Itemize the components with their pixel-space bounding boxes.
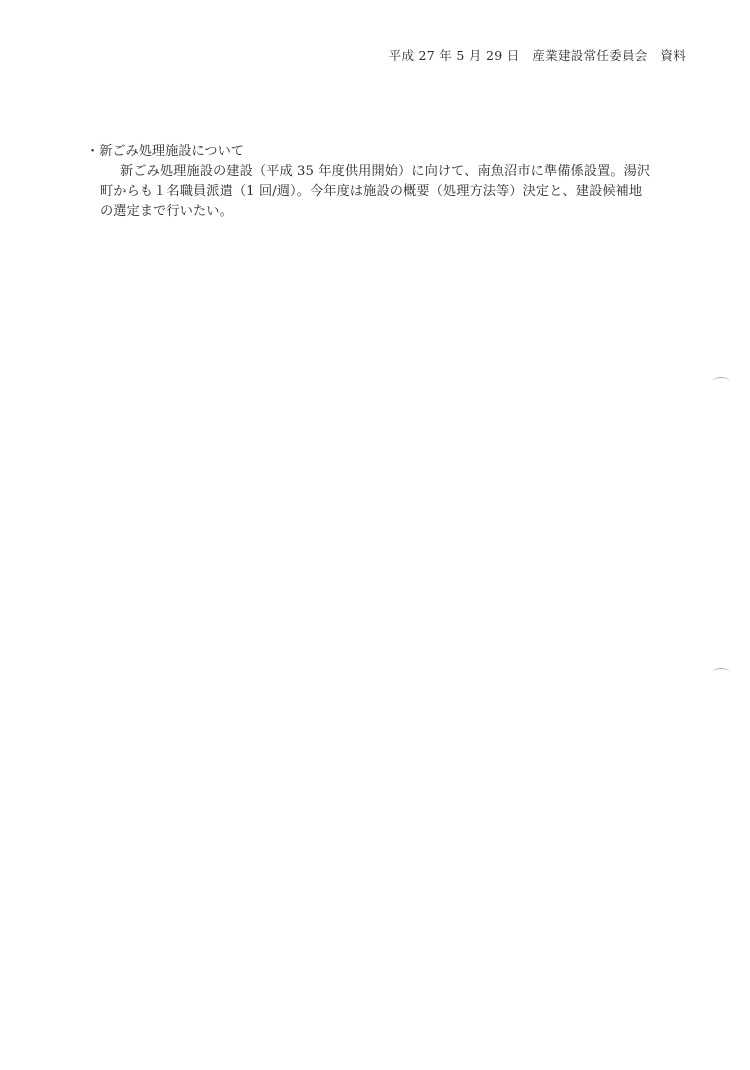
header-committee: 産業建設常任委員会 — [532, 48, 647, 63]
bullet-icon: ・ — [86, 144, 99, 159]
section-heading: ・新ごみ処理施設について — [86, 142, 696, 162]
paragraph-line: の選定まで行いたい。 — [100, 202, 696, 222]
paragraph-line: 新ごみ処理施設の建設（平成 35 年度供用開始）に向けて、南魚沼市に準備係設置。… — [100, 162, 696, 182]
section-new-waste-facility: ・新ごみ処理施設について 新ごみ処理施設の建設（平成 35 年度供用開始）に向け… — [86, 142, 696, 222]
section-paragraph: 新ごみ処理施設の建設（平成 35 年度供用開始）に向けて、南魚沼市に準備係設置。… — [100, 162, 696, 222]
scan-punch-mark — [712, 668, 730, 677]
header-date: 平成 27 年 5 月 29 日 — [389, 48, 520, 63]
scan-punch-mark — [712, 377, 730, 386]
header-label: 資料 — [660, 48, 686, 63]
section-title: 新ごみ処理施設について — [99, 144, 244, 159]
document-header: 平成 27 年 5 月 29 日 産業建設常任委員会 資料 — [389, 46, 686, 64]
paragraph-line: 町からも１名職員派遣（1 回/週）。今年度は施設の概要（処理方法等）決定と、建設… — [100, 182, 696, 202]
